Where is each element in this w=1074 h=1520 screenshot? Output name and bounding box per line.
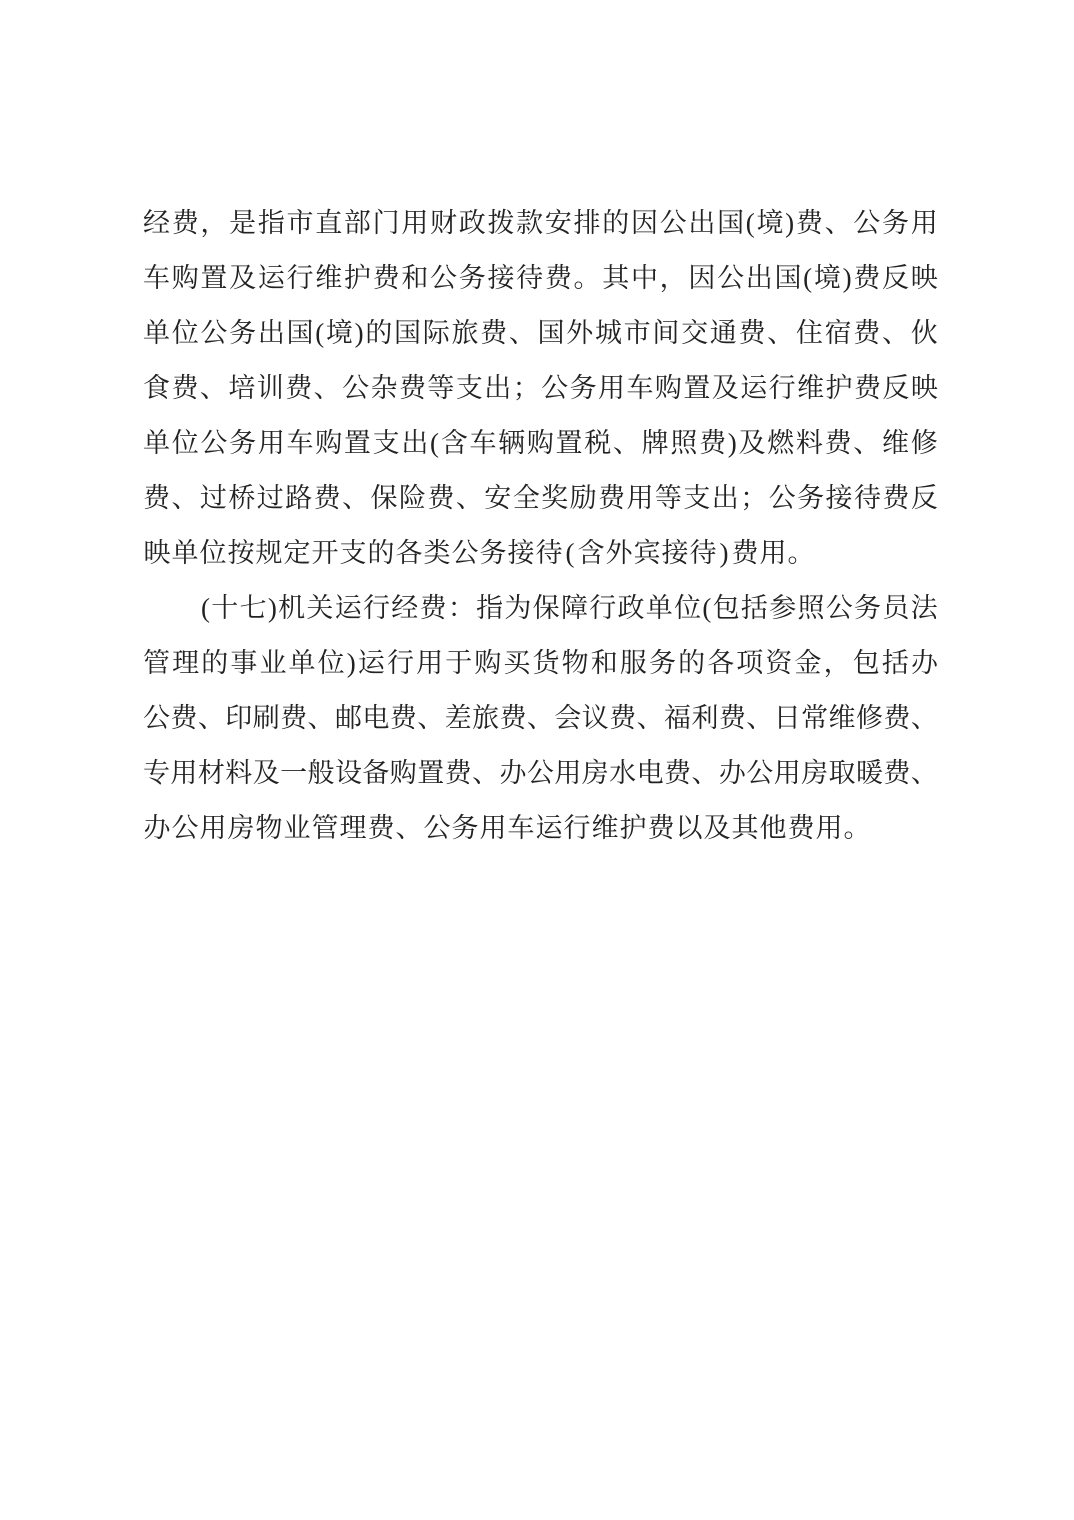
char: 行: [387, 636, 414, 691]
char: 、: [417, 691, 444, 746]
char: 险: [399, 471, 426, 526]
char: 反: [882, 251, 909, 306]
char: 运: [258, 251, 285, 306]
char: 等: [427, 361, 454, 416]
char: 用: [815, 801, 843, 856]
char: 各: [707, 636, 734, 691]
char: 购: [527, 416, 554, 471]
char: 费: [738, 306, 765, 361]
char: 务: [479, 526, 507, 581]
char: 办: [499, 746, 526, 801]
char: 业: [283, 801, 311, 856]
char: 费: [172, 196, 199, 251]
char: 的: [367, 526, 395, 581]
char: 行: [769, 361, 796, 416]
char: 、: [911, 691, 938, 746]
char: 费: [854, 361, 881, 416]
char: 运: [740, 361, 767, 416]
char: 单: [289, 636, 316, 691]
char: 置: [683, 361, 710, 416]
text-line: 单位公务用车购置支出(含车辆购置税、牌照费)及燃料费、维修: [143, 416, 938, 471]
char: 机: [278, 581, 305, 636]
char: 费: [399, 361, 426, 416]
char: 奖: [541, 471, 568, 526]
char: 房: [801, 746, 828, 801]
char: 市: [624, 306, 651, 361]
char: 位: [172, 416, 199, 471]
char: 杂: [371, 361, 398, 416]
char: 公: [769, 471, 796, 526]
char: 参: [769, 581, 796, 636]
char: 务: [570, 361, 597, 416]
char: 境: [756, 196, 783, 251]
char: 训: [257, 361, 284, 416]
char: (: [430, 416, 439, 471]
char: 接: [826, 471, 853, 526]
char: 置: [200, 251, 227, 306]
char: ；: [740, 471, 767, 526]
paragraph-2: (十七)机关运行经费：指为保障行政单位(包括参照公务员法管理的事业单位)运行用于…: [143, 581, 938, 856]
char: 费: [390, 691, 417, 746]
char: 车: [469, 416, 496, 471]
char: 的: [201, 636, 228, 691]
char: 经: [143, 196, 170, 251]
char: 购: [315, 416, 342, 471]
char: 全: [513, 471, 540, 526]
char: 安: [484, 471, 511, 526]
char: 物: [562, 636, 589, 691]
char: 费: [853, 251, 880, 306]
char: 用: [554, 746, 581, 801]
char: 映: [911, 361, 938, 416]
char: 款: [516, 196, 543, 251]
char: 费: [664, 746, 691, 801]
char: 和: [401, 251, 428, 306]
char: 暖: [856, 746, 883, 801]
char: 中: [631, 251, 658, 306]
char: 反: [882, 361, 909, 416]
char: 行: [589, 581, 616, 636]
char: 设: [335, 746, 362, 801]
char: ，: [200, 196, 227, 251]
char: 排: [574, 196, 601, 251]
char: 境: [326, 306, 353, 361]
char: ): [717, 526, 731, 581]
char: 用: [170, 746, 197, 801]
char: 牌: [642, 416, 669, 471]
char: 、: [456, 471, 483, 526]
char: 接: [661, 526, 689, 581]
char: 备: [362, 746, 389, 801]
char: 费: [883, 746, 910, 801]
char: 障: [561, 581, 588, 636]
char: 维: [591, 801, 619, 856]
char: 公: [660, 196, 687, 251]
char: 路: [285, 471, 312, 526]
char: 按: [227, 526, 255, 581]
char: 护: [619, 801, 647, 856]
char: 维: [315, 251, 342, 306]
char: 维: [829, 691, 856, 746]
char: 经: [391, 581, 418, 636]
char: 公: [200, 416, 227, 471]
char: 会: [554, 691, 581, 746]
char: 宿: [825, 306, 852, 361]
char: 待: [535, 526, 563, 581]
char: 、: [342, 471, 369, 526]
text-line: (十七)机关运行经费：指为保障行政单位(包括参照公务员法: [143, 581, 938, 636]
char: 政: [618, 581, 645, 636]
char: 费: [647, 801, 675, 856]
char: 行: [363, 581, 390, 636]
char: 公: [853, 196, 880, 251]
char: 、: [472, 746, 499, 801]
char: ): [785, 196, 794, 251]
char: 接: [507, 526, 535, 581]
char: 修: [856, 691, 883, 746]
char: 类: [423, 526, 451, 581]
char: 公: [541, 361, 568, 416]
char: ): [268, 581, 277, 636]
char: 位: [674, 581, 701, 636]
char: 、: [853, 416, 880, 471]
char: 费: [499, 691, 526, 746]
char: 费: [367, 801, 395, 856]
char: 料: [225, 746, 252, 801]
char: 修: [911, 416, 938, 471]
char: 置: [344, 416, 371, 471]
char: 货: [533, 636, 560, 691]
text-line: 食费、培训费、公杂费等支出；公务用车购置及运行维护费反映: [143, 361, 938, 416]
char: 、: [882, 306, 909, 361]
char: 费: [719, 691, 746, 746]
paragraph-1: 经费，是指市直部门用财政拨款安排的因公出国(境)费、公务用车购置及运行维护费和公…: [143, 196, 938, 581]
char: 费: [427, 471, 454, 526]
char: (: [746, 196, 755, 251]
char: 议: [582, 691, 609, 746]
char: 运: [535, 801, 563, 856]
char: ：: [448, 581, 475, 636]
char: 维: [882, 416, 909, 471]
char: 、: [613, 416, 640, 471]
char: 行: [563, 801, 591, 856]
char: 待: [689, 526, 717, 581]
char: 、: [200, 361, 227, 416]
char: (: [201, 581, 210, 636]
char: ): [347, 636, 356, 691]
char: 费: [787, 801, 815, 856]
char: 理: [172, 636, 199, 691]
char: 定: [283, 526, 311, 581]
char: 安: [545, 196, 572, 251]
char: 单: [143, 416, 170, 471]
char: 支: [683, 471, 710, 526]
text-line: 管理的事业单位)运行用于购买货物和服务的各项资金，包括办: [143, 636, 938, 691]
char: 资: [765, 636, 792, 691]
char: 用: [911, 196, 938, 251]
char: 务: [649, 636, 676, 691]
char: (: [803, 251, 812, 306]
char: 单: [646, 581, 673, 636]
char: 专: [143, 746, 170, 801]
char: 各: [395, 526, 423, 581]
char: 、: [198, 691, 225, 746]
char: 励: [570, 471, 597, 526]
char: 、: [395, 801, 423, 856]
char: ): [843, 251, 852, 306]
char: 费: [796, 196, 823, 251]
char: 公: [746, 746, 773, 801]
char: ，: [824, 636, 851, 691]
char: 保: [371, 471, 398, 526]
char: 开: [311, 526, 339, 581]
char: 费: [545, 251, 572, 306]
char: 国: [774, 251, 801, 306]
char: 费: [314, 471, 341, 526]
char: 交: [681, 306, 708, 361]
char: 房: [227, 801, 255, 856]
char: 辆: [498, 416, 525, 471]
char: 其: [731, 801, 759, 856]
char: 规: [255, 526, 283, 581]
char: 电: [637, 746, 664, 801]
char: 购: [655, 361, 682, 416]
char: 、: [825, 196, 852, 251]
char: 外: [605, 526, 633, 581]
char: 通: [710, 306, 737, 361]
char: 、: [746, 691, 773, 746]
char: 购: [390, 746, 417, 801]
char: 邮: [335, 691, 362, 746]
char: 运: [358, 636, 385, 691]
char: 反: [911, 471, 938, 526]
char: 务: [459, 251, 486, 306]
char: 管: [311, 801, 339, 856]
char: 费: [598, 471, 625, 526]
char: 国: [394, 306, 421, 361]
char: 是: [229, 196, 256, 251]
char: 务: [854, 581, 881, 636]
char: 食: [143, 361, 170, 416]
char: 过: [257, 471, 284, 526]
char: 国: [717, 196, 744, 251]
char: 。: [787, 526, 815, 581]
char: 国: [538, 306, 565, 361]
char: 费: [609, 691, 636, 746]
char: ，: [660, 251, 687, 306]
char: 费: [480, 306, 507, 361]
char: 政: [459, 196, 486, 251]
char: 、: [308, 691, 335, 746]
char: (: [702, 581, 711, 636]
char: 公: [423, 801, 451, 856]
char: 费: [825, 416, 852, 471]
char: 保: [533, 581, 560, 636]
text-line: 公费、印刷费、邮电费、差旅费、会议费、福利费、日常维修费、: [143, 691, 938, 746]
char: 际: [423, 306, 450, 361]
char: 出: [401, 416, 428, 471]
char: 、: [767, 306, 794, 361]
char: 。: [574, 251, 601, 306]
char: ): [355, 306, 364, 361]
char: 支: [373, 416, 400, 471]
char: 费: [445, 746, 472, 801]
char: 括: [741, 581, 768, 636]
char: 、: [314, 361, 341, 416]
char: 买: [503, 636, 530, 691]
char: 利: [691, 691, 718, 746]
char: 公: [717, 251, 744, 306]
char: 包: [713, 581, 740, 636]
char: 办: [719, 746, 746, 801]
char: 料: [796, 416, 823, 471]
char: 税: [584, 416, 611, 471]
char: 等: [655, 471, 682, 526]
char: 用: [598, 361, 625, 416]
char: 门: [373, 196, 400, 251]
char: 房: [582, 746, 609, 801]
char: 公: [430, 251, 457, 306]
char: 车: [143, 251, 170, 306]
char: 过: [200, 471, 227, 526]
char: 含: [577, 526, 605, 581]
char: 用: [774, 746, 801, 801]
char: 福: [664, 691, 691, 746]
char: 费: [285, 361, 312, 416]
char: 刷: [253, 691, 280, 746]
char: 公: [171, 801, 199, 856]
char: 费: [171, 361, 198, 416]
char: 法: [911, 581, 938, 636]
char: 境: [814, 251, 841, 306]
char: 旅: [472, 691, 499, 746]
char: 电: [362, 691, 389, 746]
text-line: 费、过桥过路费、保险费、安全奖励费用等支出；公务接待费反: [143, 471, 938, 526]
char: 市: [287, 196, 314, 251]
char: 务: [229, 306, 256, 361]
char: 日: [774, 691, 801, 746]
char: 办: [911, 636, 938, 691]
text-line: 专用材料及一般设备购置费、办公用房水电费、办公用房取暖费、: [143, 746, 938, 801]
char: 金: [795, 636, 822, 691]
char: 国: [287, 306, 314, 361]
char: 指: [258, 196, 285, 251]
char: 运: [335, 581, 362, 636]
char: 置: [417, 746, 444, 801]
char: 直: [315, 196, 342, 251]
char: 护: [826, 361, 853, 416]
char: 水: [609, 746, 636, 801]
char: 的: [602, 196, 629, 251]
text-line: 经费，是指市直部门用财政拨款安排的因公出国(境)费、公务用: [143, 196, 938, 251]
char: 项: [736, 636, 763, 691]
char: 用: [258, 416, 285, 471]
char: 燃: [767, 416, 794, 471]
char: 七: [240, 581, 267, 636]
char: 及: [712, 361, 739, 416]
char: 财: [430, 196, 457, 251]
char: 括: [882, 636, 909, 691]
char: 指: [476, 581, 503, 636]
char: 行: [287, 251, 314, 306]
char: 出: [258, 306, 285, 361]
char: 车: [507, 801, 535, 856]
char: 、: [691, 746, 718, 801]
char: 维: [797, 361, 824, 416]
char: 他: [759, 801, 787, 856]
char: 费: [170, 691, 197, 746]
char: 置: [556, 416, 583, 471]
char: 公: [826, 581, 853, 636]
char: 接: [487, 251, 514, 306]
char: 管: [143, 636, 170, 691]
char: 物: [255, 801, 283, 856]
char: 、: [171, 471, 198, 526]
char: ): [728, 416, 737, 471]
char: 公: [143, 691, 170, 746]
document-page: 经费，是指市直部门用财政拨款安排的因公出国(境)费、公务用车购置及运行维护费和公…: [0, 0, 1074, 1520]
char: (: [563, 526, 577, 581]
char: 务: [451, 801, 479, 856]
char: 务: [229, 416, 256, 471]
char: 公: [342, 361, 369, 416]
char: 用: [479, 801, 507, 856]
char: 培: [228, 361, 255, 416]
char: 用: [626, 471, 653, 526]
char: 外: [566, 306, 593, 361]
char: 护: [344, 251, 371, 306]
char: 、: [527, 691, 554, 746]
char: 映: [911, 251, 938, 306]
char: 的: [365, 306, 392, 361]
char: 城: [595, 306, 622, 361]
char: 费: [883, 691, 910, 746]
char: 出: [484, 361, 511, 416]
char: 以: [675, 801, 703, 856]
char: 映: [143, 526, 171, 581]
char: 因: [688, 251, 715, 306]
char: 宾: [633, 526, 661, 581]
char: 因: [631, 196, 658, 251]
char: 及: [229, 251, 256, 306]
char: 取: [829, 746, 856, 801]
char: 车: [626, 361, 653, 416]
char: 位: [318, 636, 345, 691]
char: 支: [456, 361, 483, 416]
char: 费: [280, 691, 307, 746]
char: 。: [843, 801, 871, 856]
char: 费: [731, 526, 759, 581]
char: 待: [516, 251, 543, 306]
char: 含: [441, 416, 468, 471]
char: 务: [882, 196, 909, 251]
document-text-block: 经费，是指市直部门用财政拨款安排的因公出国(境)费、公务用车购置及运行维护费和公…: [143, 196, 938, 856]
char: 包: [853, 636, 880, 691]
char: 般: [308, 746, 335, 801]
char: 费: [420, 581, 447, 636]
char: 及: [738, 416, 765, 471]
char: (: [315, 306, 324, 361]
text-line: 车购置及运行维护费和公务接待费。其中，因公出国(境)费反映: [143, 251, 938, 306]
char: 办: [143, 801, 171, 856]
char: 一: [280, 746, 307, 801]
char: 事: [230, 636, 257, 691]
char: 业: [259, 636, 286, 691]
char: 购: [474, 636, 501, 691]
char: 、: [911, 746, 938, 801]
char: 用: [416, 636, 443, 691]
char: 公: [200, 306, 227, 361]
